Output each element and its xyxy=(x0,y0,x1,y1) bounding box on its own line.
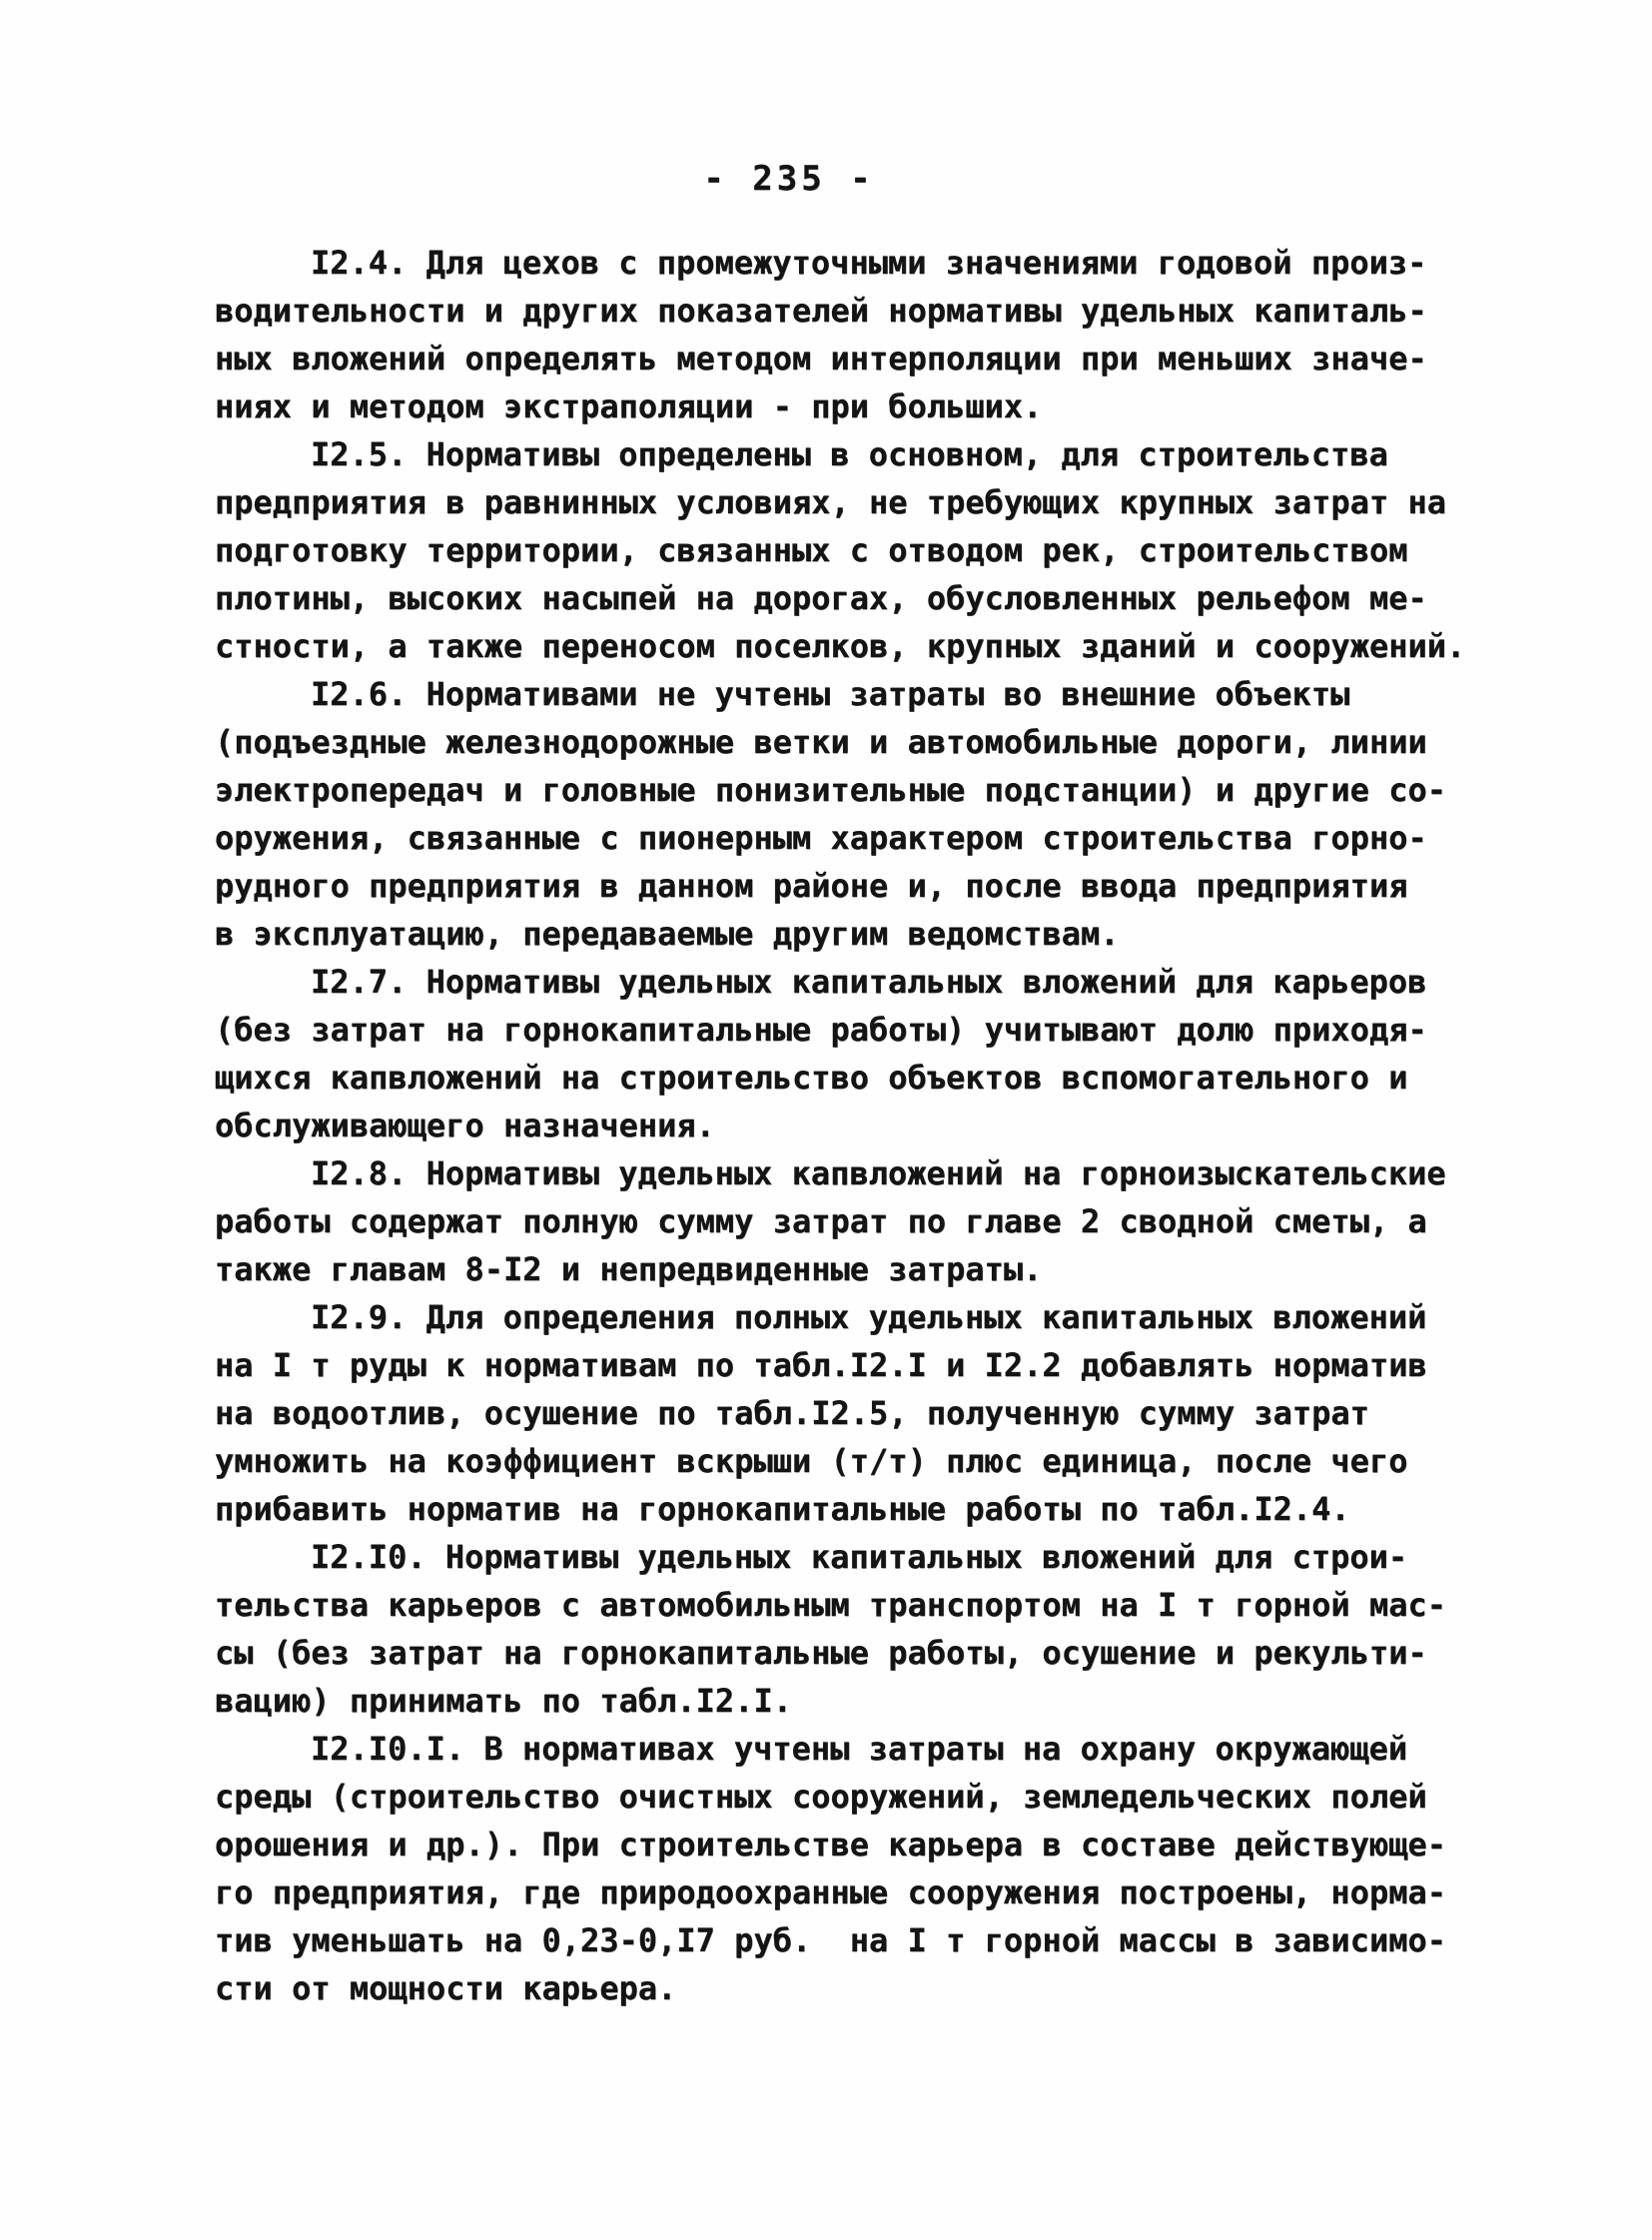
paragraph-12-10-1: I2.I0.I. В нормативах учтены затраты на … xyxy=(215,1725,1573,2012)
paragraph-12-6: I2.6. Нормативами не учтены затраты во в… xyxy=(215,670,1573,958)
paragraph-12-8: I2.8. Нормативы удельных капвложений на … xyxy=(215,1149,1573,1293)
scanned-document-page: - 235 - I2.4. Для цехов с промежуточными… xyxy=(0,0,1652,2240)
page-number: - 235 - xyxy=(0,155,1578,203)
paragraph-12-4: I2.4. Для цехов с промежуточными значени… xyxy=(215,239,1573,430)
paragraph-12-5: I2.5. Нормативы определены в основном, д… xyxy=(215,430,1573,670)
paragraph-12-9: I2.9. Для определения полных удельных ка… xyxy=(215,1293,1573,1533)
paragraph-12-10: I2.I0. Нормативы удельных капитальных вл… xyxy=(215,1533,1573,1725)
document-body: I2.4. Для цехов с промежуточными значени… xyxy=(215,239,1573,2012)
paragraph-12-7: I2.7. Нормативы удельных капитальных вло… xyxy=(215,958,1573,1149)
